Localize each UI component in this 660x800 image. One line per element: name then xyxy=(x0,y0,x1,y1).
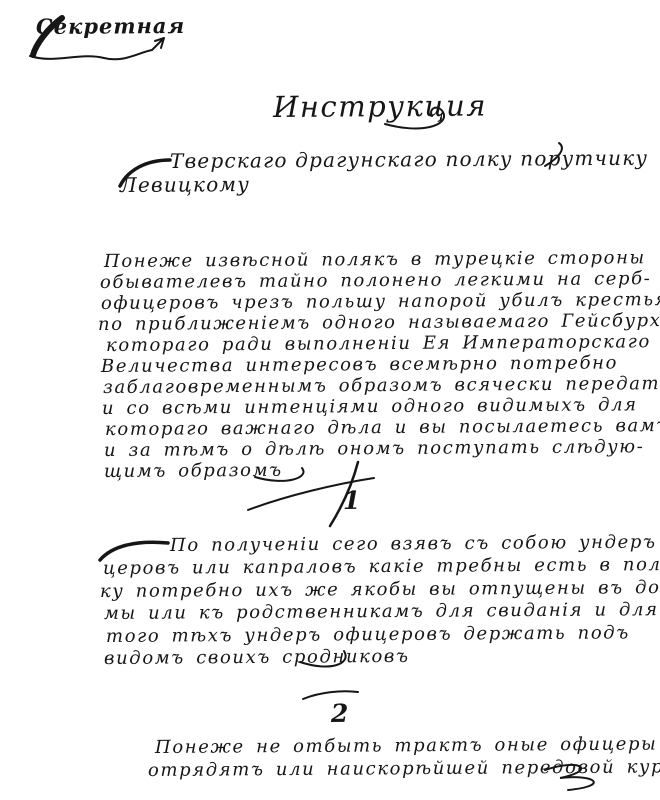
manuscript-line: ку потребно ихъ же якобы вы отпущены въ … xyxy=(100,577,660,602)
section-number-2: 2 xyxy=(331,699,349,728)
section-2-overline-flourish xyxy=(303,691,358,699)
addressee-line: Тверскаго драгунскаго полку порутчику xyxy=(170,146,648,173)
manuscript-line: мы или къ родственникамъ для свиданія и … xyxy=(104,599,659,624)
page-title: Инструкция xyxy=(273,89,487,124)
manuscript-line: По полученіи сего взявъ съ собою ундеръ … xyxy=(170,531,660,556)
manuscript-line: того тѣхъ ундеръ офицеровъ держать подъ xyxy=(106,622,630,647)
underline-arrow-flourish xyxy=(152,38,164,50)
addressee-line: Левицкому xyxy=(120,172,250,197)
classification-underline-flourish xyxy=(30,50,152,59)
manuscript-line: отрядятъ или наискорѣйшей передовой курь… xyxy=(148,756,660,781)
section-number-1: 1 xyxy=(343,486,361,515)
classification-mark: Секретная xyxy=(36,13,185,39)
manuscript-line: Понеже не отбыть трактъ оные офицеры xyxy=(155,733,657,758)
manuscript-line: и за тѣмъ о дѣлѣ ономъ поступать слѣдую- xyxy=(104,436,645,461)
manuscript-page: Секретная Инструкция Тверскаго драгунска… xyxy=(0,0,660,800)
manuscript-line: щимъ образомъ xyxy=(104,460,283,482)
manuscript-line: видомъ своихъ сродниковъ xyxy=(104,646,410,669)
manuscript-line: церовъ или капраловъ какіе требны есть в… xyxy=(103,554,660,579)
